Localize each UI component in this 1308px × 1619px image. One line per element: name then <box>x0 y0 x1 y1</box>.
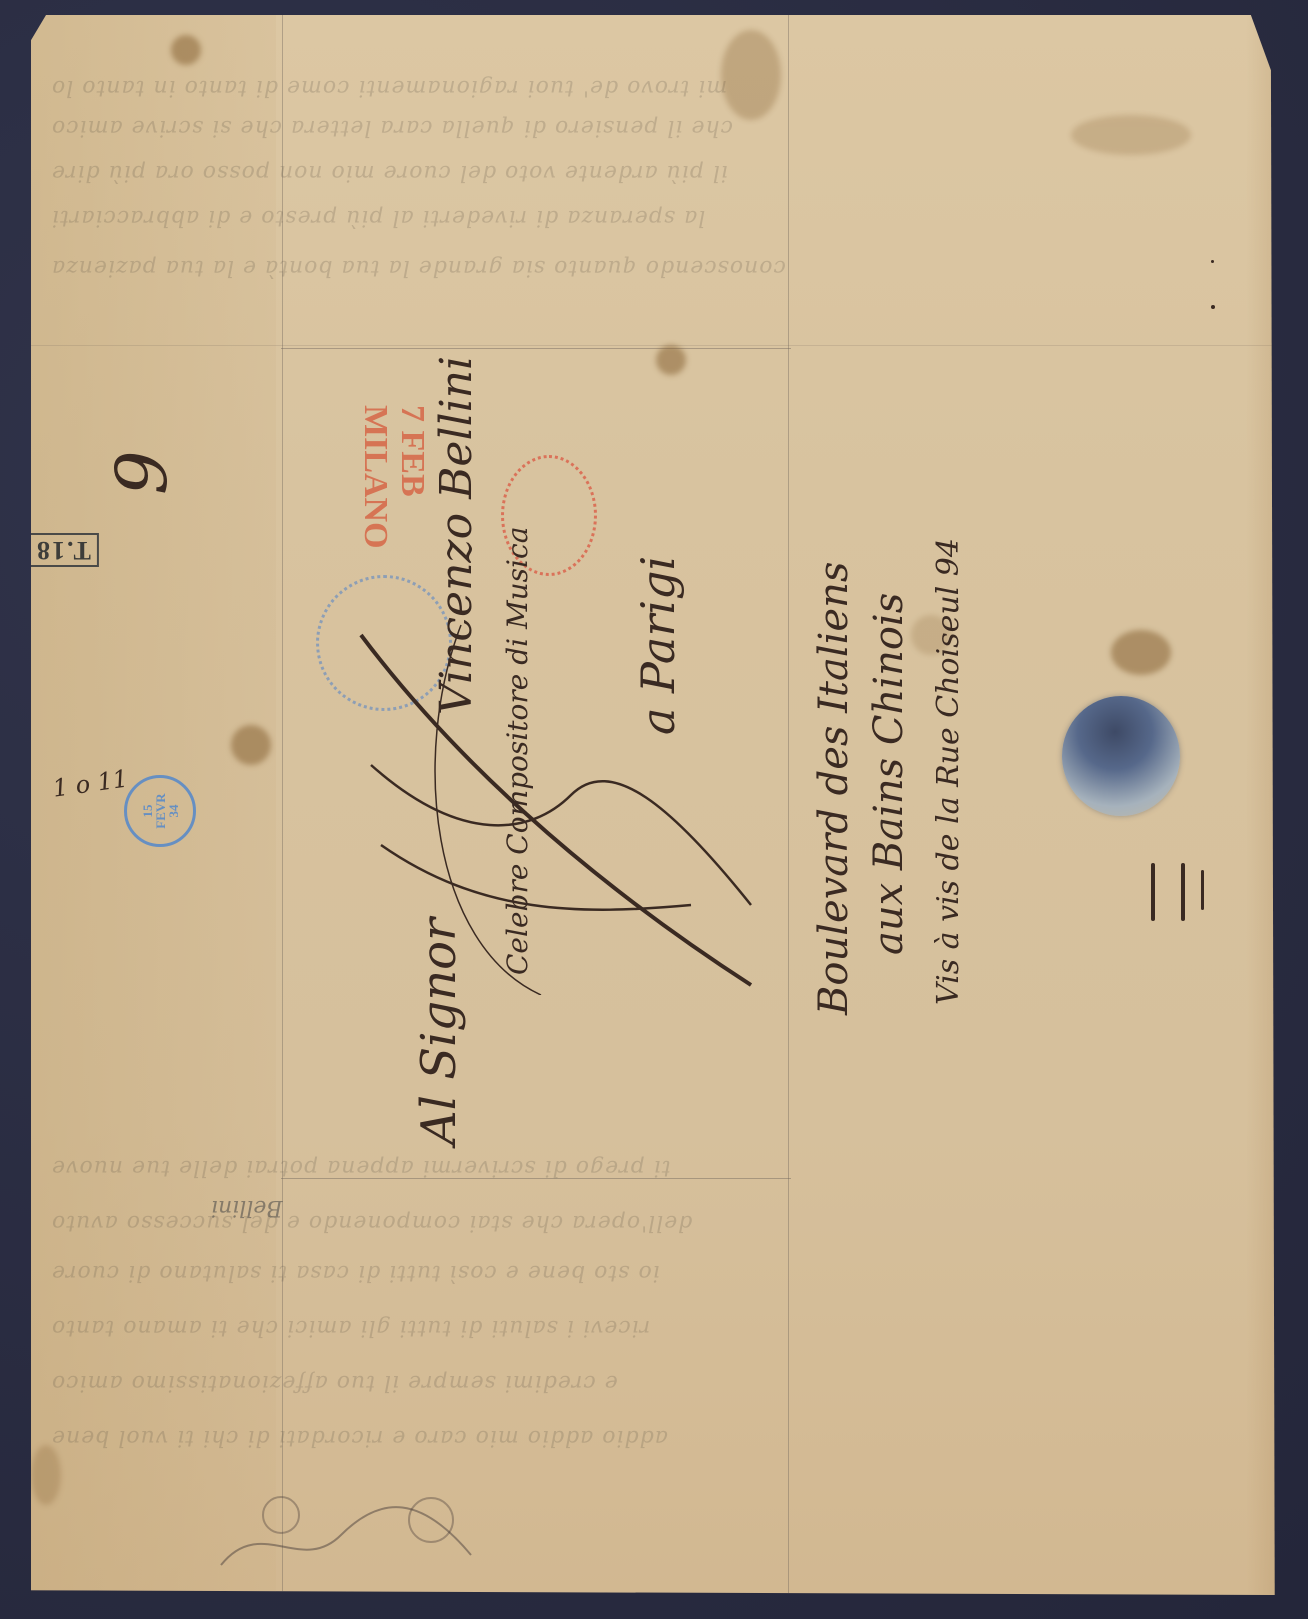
ghost-line: conoscendo quanto sia grande la tua bont… <box>51 255 786 280</box>
ghost-line: la speranza di rivederti al più presto e… <box>51 205 705 230</box>
pencil-note-text: Bellini <box>211 1195 283 1220</box>
ghost-line: io sto bene e così tutti di casa ti salu… <box>51 1260 660 1285</box>
address-street-line-3: Vis à vis de la Rue Choiseul 94 <box>931 538 966 1005</box>
milano-postmark-text: MILANO <box>357 405 394 549</box>
stain <box>721 30 781 120</box>
left-note-text: 1 o 11 <box>51 764 130 802</box>
stain <box>31 1445 61 1505</box>
pencil-note: Bellini <box>211 1195 283 1220</box>
stain <box>656 345 686 375</box>
stain <box>1071 115 1191 155</box>
edge-dot <box>1211 260 1214 263</box>
milano-date-postmark: 7 FEB <box>393 405 431 497</box>
postmark-year: 34 <box>167 805 180 818</box>
fold-line-upper-edge <box>31 345 1286 346</box>
right-mark-bar <box>1181 863 1185 921</box>
blue-date-postmark: 15 FEVR 34 <box>124 775 196 847</box>
ghost-line: dell'opera che stai componendo e del suc… <box>51 1210 692 1235</box>
rate-mark: 9 <box>101 450 183 495</box>
boxed-mark-text: T.18 <box>35 536 91 565</box>
postmark-day: 15 <box>141 805 154 818</box>
stain <box>1111 630 1171 675</box>
milano-date-text: 7 FEB <box>394 405 431 497</box>
stain <box>231 725 271 765</box>
left-note: 1 o 11 <box>51 764 130 802</box>
ghost-line: mi trovo de' tuoi ragionamenti come di t… <box>51 75 727 100</box>
right-mark-bar <box>1201 870 1204 910</box>
ghost-line: ricevi i saluti di tutti gli amici che t… <box>51 1315 650 1340</box>
address-street-3: Vis à vis de la Rue Choiseul 94 <box>931 538 966 1005</box>
fold-line-left <box>282 15 283 1595</box>
ghost-line: addio addio mio caro e ricordati di chi … <box>51 1425 668 1450</box>
ghost-line: il più ardente voto del cuore mio non po… <box>51 160 728 185</box>
ghost-line: che il pensiero di quella cara lettera c… <box>51 115 733 140</box>
wax-seal <box>1062 696 1180 816</box>
rate-mark-text: 9 <box>101 450 183 495</box>
strikethrough-flourish <box>331 615 831 995</box>
faded-signature <box>201 1475 501 1585</box>
address-street-line-2: aux Bains Chinois <box>866 593 912 955</box>
postmark-month: FEVR <box>154 793 167 828</box>
ghost-line: e credimi sempre il tuo affezionatissimo… <box>51 1370 618 1395</box>
letter-paper: mi trovo de' tuoi ragionamenti come di t… <box>31 15 1286 1595</box>
right-mark-bar <box>1151 863 1155 921</box>
ghost-line: ti prego di scrivermi appena potrai dell… <box>51 1155 671 1180</box>
address-street-2: aux Bains Chinois <box>866 593 912 955</box>
stain <box>171 35 201 65</box>
edge-dot <box>1211 305 1215 309</box>
boxed-mark: T.18 <box>27 533 99 567</box>
fold-line-top <box>281 348 791 349</box>
milano-postmark: MILANO <box>356 405 394 549</box>
